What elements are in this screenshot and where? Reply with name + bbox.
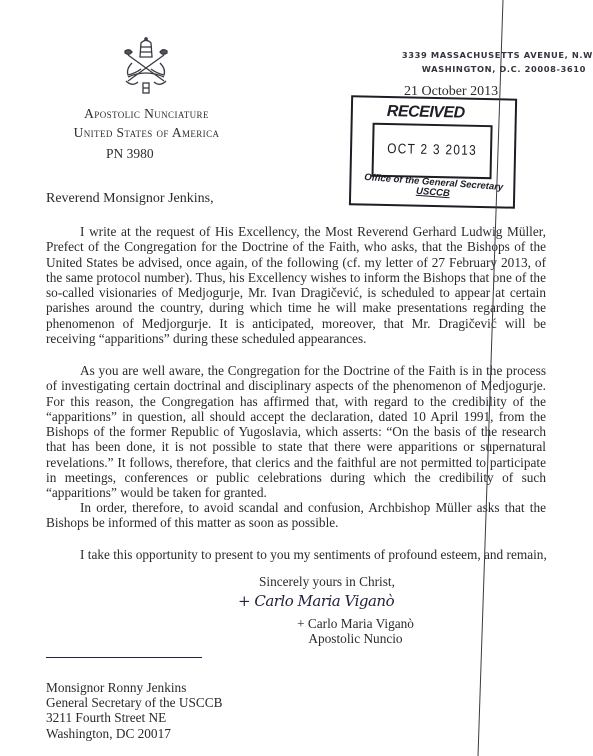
signer-block: + Carlo Maria Viganò Apostolic Nuncio xyxy=(293,616,418,646)
paragraph-4: I take this opportunity to present to yo… xyxy=(80,547,550,562)
paragraph-4-text: I take this opportunity to present to yo… xyxy=(80,547,547,562)
paragraph-3: In order, therefore, to avoid scandal an… xyxy=(46,500,546,531)
address-city: WASHINGTON, D.C. 20008-3610 xyxy=(360,62,586,76)
stamp-date: OCT 2 3 2013 xyxy=(383,140,482,158)
signer-name: + Carlo Maria Viganò xyxy=(293,616,418,631)
recipient-name: Monsignor Ronny Jenkins xyxy=(46,680,223,695)
recipient-address: Monsignor Ronny Jenkins General Secretar… xyxy=(46,680,223,741)
stamp-title: RECEIVED xyxy=(387,103,465,123)
paragraph-2-text: As you are well aware, the Congregation … xyxy=(46,363,546,501)
paragraph-1-text: I write at the request of His Excellency… xyxy=(46,224,546,346)
closing: Sincerely yours in Christ, xyxy=(259,574,395,590)
institution-country: United States of America xyxy=(40,123,253,142)
letterhead-address: 3339 MASSACHUSETTS AVENUE, N.W. WASHINGT… xyxy=(360,48,593,76)
paragraph-2: As you are well aware, the Congregation … xyxy=(46,363,546,501)
institution-name: Apostolic Nunciature xyxy=(40,104,253,123)
address-street: 3339 MASSACHUSETTS AVENUE, N.W. xyxy=(360,48,593,62)
letterhead-institution: Apostolic Nunciature United States of Am… xyxy=(40,104,253,142)
paragraph-1: I write at the request of His Excellency… xyxy=(46,224,546,346)
divider-line xyxy=(46,657,202,658)
recipient-title: General Secretary of the USCCB xyxy=(46,695,223,710)
signer-title: Apostolic Nuncio xyxy=(293,631,418,646)
protocol-number: PN 3980 xyxy=(106,146,154,162)
salutation: Reverend Monsignor Jenkins, xyxy=(46,191,214,207)
recipient-street: 3211 Fourth Street NE xyxy=(46,710,223,725)
recipient-city: Washington, DC 20017 xyxy=(46,726,223,741)
stamp-inner-border: OCT 2 3 2013 xyxy=(372,123,493,180)
paragraph-3-text: In order, therefore, to avoid scandal an… xyxy=(46,500,546,531)
papal-coat-of-arms-icon xyxy=(123,37,169,95)
received-stamp: RECEIVED OCT 2 3 2013 Office of the Gene… xyxy=(349,95,519,211)
